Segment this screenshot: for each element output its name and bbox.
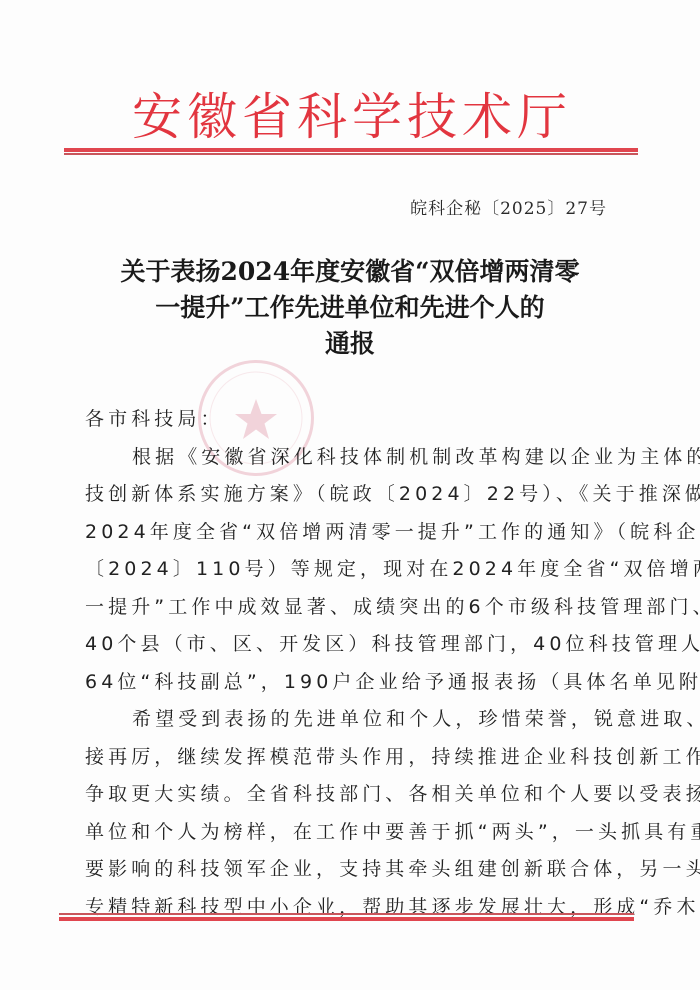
document-title: 关于表扬2024年度安徽省“双倍增两清零 一提升”工作先进单位和先进个人的 通报 <box>0 254 700 362</box>
title-line: 通报 <box>0 326 700 362</box>
document-number: 皖科企秘〔2025〕27号 <box>410 197 607 221</box>
body-line: 接再厉，继续发挥模范带头作用，持续推进企业科技创新工作， <box>85 739 615 777</box>
paragraph-1: 根据《安徽省深化科技体制机制改革构建以企业为主体的科 技创新体系实施方案》（皖政… <box>85 439 615 702</box>
body-line: 要影响的科技领军企业，支持其牵头组建创新联合体，另一头抓 <box>85 851 615 889</box>
body-line: 〔2024〕110号）等规定，现对在2024年度全省“双倍增两清零 <box>85 551 615 589</box>
masthead-rule-thin <box>64 153 638 155</box>
paragraph-2: 希望受到表扬的先进单位和个人，珍惜荣誉，锐意进取、再 接再厉，继续发挥模范带头作… <box>85 701 615 926</box>
footer-rule-thin <box>59 913 634 915</box>
body-line: 64位“科技副总”，190户企业给予通报表扬（具体名单见附件）。 <box>85 664 615 702</box>
body-line: 根据《安徽省深化科技体制机制改革构建以企业为主体的科 <box>85 439 615 477</box>
salutation-text: 各市科技局： <box>85 401 615 439</box>
document-page: 安徽省科学技术厅 皖科企秘〔2025〕27号 关于表扬2024年度安徽省“双倍增… <box>0 0 700 990</box>
title-line: 一提升”工作先进单位和先进个人的 <box>0 290 700 326</box>
body-line: 争取更大实绩。全省科技部门、各相关单位和个人要以受表扬的 <box>85 776 615 814</box>
salutation: 各市科技局： <box>85 401 615 439</box>
footer-rule-thick <box>59 917 634 921</box>
masthead-title: 安徽省科学技术厅 <box>0 88 700 146</box>
document-body: 各市科技局： 根据《安徽省深化科技体制机制改革构建以企业为主体的科 技创新体系实… <box>85 401 615 926</box>
body-line: 一提升”工作中成效显著、成绩突出的6个市级科技管理部门、 <box>85 589 615 627</box>
body-line: 2024年度全省“双倍增两清零一提升”工作的通知》（皖科企秘 <box>85 514 615 552</box>
body-line: 40个县（市、区、开发区）科技管理部门，40位科技管理人员、 <box>85 626 615 664</box>
body-line: 技创新体系实施方案》（皖政〔2024〕22号）、《关于推深做实 <box>85 476 615 514</box>
title-line: 关于表扬2024年度安徽省“双倍增两清零 <box>0 254 700 290</box>
body-line: 单位和个人为榜样，在工作中要善于抓“两头”，一头抓具有重 <box>85 814 615 852</box>
body-line: 希望受到表扬的先进单位和个人，珍惜荣誉，锐意进取、再 <box>85 701 615 739</box>
masthead-rule-thick <box>64 148 638 152</box>
